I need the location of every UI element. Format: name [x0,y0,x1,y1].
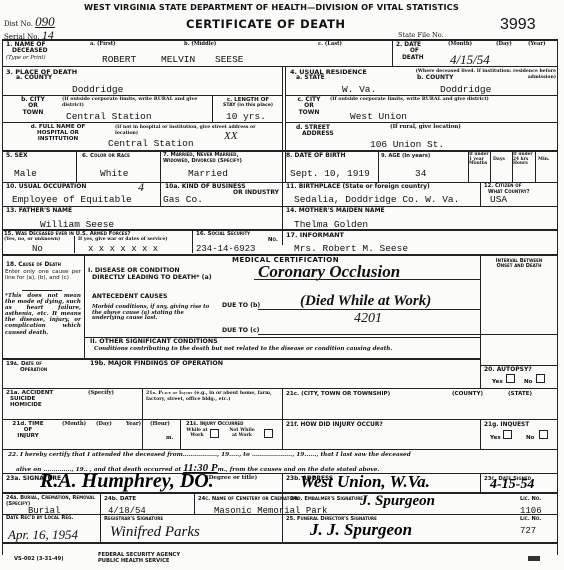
business-value: Gas Co. [163,194,203,205]
autopsy-yes-checkbox[interactable] [506,374,515,383]
f18-instructions: Enter only one cause per line for (a), (… [5,269,81,281]
f4-street-note: (If rural, give location) [390,125,461,131]
f4-street-label: d. STREET ADDRESS [296,125,334,138]
f16-label: 16. Social Security No. [196,232,278,244]
middle-name-value: MELVIN [161,54,195,65]
f1-label: 1. NAME OF DECEASED (Type or Print) [6,42,48,61]
f18-label: 18. Cause of Death [6,262,61,268]
f21g-label: 21g. INQUEST [484,422,529,428]
service-dates-value: x x x x x x x [88,244,158,254]
part1-label-2: DIRECTLY LEADING TO DEATH* (a) [88,275,212,282]
agency: FEDERAL SECURITY AGENCY PUBLIC HEALTH SE… [98,553,180,564]
registrar-date-label: Date Rec'd by Local Reg. [6,516,98,522]
f21d-label-3: INJURY [6,434,50,440]
f4-state-label: a. STATE [296,75,325,81]
injury-m-label: m. [166,436,173,442]
f17-label: 17. INFORMANT [286,232,344,238]
f3-stay-label-2: STAY (in this place) [216,103,280,109]
death-year-label: (Year) [528,42,546,48]
age-min-label: Min. [538,157,550,163]
f3-city-note: (If outside corporate limits, write RURA… [62,97,202,108]
physician-address: West Union, W.Va. [300,472,430,492]
form-number: VS-002 (3-31-49) [14,556,64,562]
f24d-label: 24d. Embalmer's Signature [290,496,363,502]
f21e-label: 21e. Injury Occurred [186,421,243,427]
death-city-value: Central Station [66,111,152,122]
f21a-label: 21a. ACCIDENT SUICIDE HOMICIDE [6,391,53,408]
due-to-b-label: DUE TO (b) [222,303,260,309]
residence-city-value: West Union [350,111,407,122]
f24d-lic-label: Lic. No. [520,496,541,502]
f19b-label: 19b. MAJOR FINDINGS OF OPERATION [90,361,223,367]
f24b-label: 24b. DATE [104,496,136,502]
f1-label-line3: (Type or Print) [6,55,48,61]
f21c-county-label: (COUNTY) [452,391,483,397]
f6-label: 6. Color or Race [82,153,130,159]
ssn-value: 234-14-6923 [196,244,255,254]
f2-label: 2. DATE OF DEATH [396,42,424,61]
f4-city-note: (If outside corporate limits, write RURA… [330,97,489,103]
f18-note: *This does not mean the mode of dying, s… [5,293,81,336]
f9-label: 9. AGE (In years) [381,153,430,159]
date-signed-value: 4-15-54 [490,477,534,493]
f15-sub2: If yes, give war or dates of service) [78,237,168,243]
f2-label-line3: DEATH [396,55,424,61]
occupation-mark: 4 [138,180,144,195]
not-while-at-work-label: Not While at Work [228,429,256,439]
f11-label: 11. BIRTHPLACE (State or foreign country… [286,184,430,190]
f3-stay-label: c. LENGTH OF STAY (in this place) [216,97,280,110]
f21b-label: 21b. Place of Injury (e.g., in or about … [146,391,280,402]
date-of-birth-value: Sept. 10, 1919 [290,168,370,179]
state-file-number: 3993 [500,16,536,34]
funeral-director-license-value: 727 [520,526,536,536]
f10-label: 10. USUAL OCCUPATION [6,184,86,190]
death-day-label: (Day) [496,42,512,48]
antecedent-label: ANTECEDENT CAUSES [92,294,167,300]
registrar-date-value: Apr. 16, 1954 [8,527,78,543]
f4-street-label-2: ADDRESS [296,131,334,137]
embalmer-signature: J. Spurgeon [360,493,435,510]
funeral-director-signature: J. J. Spurgeon [310,520,412,540]
autopsy-no-checkbox[interactable] [536,374,545,383]
certificate-title: CERTIFICATE OF DEATH [186,17,346,31]
residence-street-value: 106 Union St. [370,139,444,150]
occupation-value: Employee of Equitable [12,194,132,205]
f15-sub1: (Yes, no, or unknown) [4,237,60,243]
state-file-label: State File No. [398,31,444,39]
f21b-label-text: 21b. Place of Injury [146,391,192,396]
f21d-label: 21d. TIME OF INJURY [6,422,50,439]
f21c-state-label: (STATE) [508,391,532,397]
age-days-label: Days [493,157,505,163]
f20-label: 20. AUTOPSY? [484,367,532,373]
last-name-value: SEESE [215,54,244,65]
f4-county-label: b. COUNTY [417,75,454,81]
cause-c-value: 4201 [354,311,382,327]
f7-label: 7. Married, Never Married, Widowed, Divo… [163,153,242,164]
age-value: 34 [415,168,426,179]
death-certificate: WEST VIRGINIA STATE DEPARTMENT OF HEALTH… [0,0,564,570]
f13-label: 13. FATHER'S NAME [6,208,72,214]
f19a-label: 19a. Date of Operation [6,361,47,373]
department-heading: WEST VIRGINIA STATE DEPARTMENT OF HEALTH… [84,2,459,12]
f7-label-2: Widowed, Divorced (Specify) [163,159,242,165]
injury-year-label: Year) [126,422,141,428]
f5-label: 5. SEX [6,153,28,159]
f3-county-label: a. COUNTY [16,75,52,81]
inquest-yes-label: Yes [490,435,501,441]
age-hours-label: If under 24 hrs Hours [513,153,535,167]
hospital-value: Central Station [108,138,194,149]
f3-hosp-note: (If not in hospital or institution, give… [115,125,278,136]
registrar-signature: Winifred Parks [110,524,200,541]
f3-hosp-label: d. FULL NAME OF HOSPITAL OR INSTITUTION [16,125,100,142]
last-name-label: c. (Last) [318,42,342,48]
middle-name-label: b. (Middle) [184,42,216,48]
sex-value: Male [14,168,37,179]
f14-label: 14. MOTHER'S MAIDEN NAME [286,208,385,214]
f21c-label: 21c. (CITY, TOWN OR TOWNSHIP) [286,391,390,397]
inquest-no-checkbox[interactable] [539,430,548,439]
f22-line1: 22. I hereby certify that I attended the… [8,452,411,458]
interval-label-2: Onset and Death [483,264,555,269]
first-name-value: ROBERT [102,54,136,65]
f21a-label-3: HOMICIDE [6,403,53,409]
antecedent-note: Morbid conditions, if any, giving rise t… [92,305,212,322]
cause-b-value: (Died While at Work) [300,293,431,310]
marital-status-value: Married [188,168,228,179]
f3-hosp-label-3: INSTITUTION [16,137,100,143]
citizenship-value: USA [490,194,507,205]
f3-city-label-3: TOWN [16,110,50,116]
f21a-specify: (Specify) [88,391,114,397]
part1-label: I. DISEASE OR CONDITION DIRECTLY LEADING… [88,268,212,281]
interval-label: Interval Between Onset and Death [483,259,555,270]
f25-lic-label: Lic. No. [520,516,541,522]
f19a-label-2: Operation [6,367,47,373]
age-months-label: If under 1 year Months [469,153,490,167]
dist-no-label: Dist No. [4,20,33,28]
f3-city-label: b. CITY OR TOWN [16,97,50,116]
injury-month-label: (Month) [62,422,86,428]
autopsy-no-label: No [524,379,533,385]
death-month-label: (Month) [448,42,472,48]
informant-value: Mrs. Robert M. Seese [294,243,408,254]
physician-signature: R.A. Humphrey, DO. [40,470,214,493]
inquest-no-label: No [526,435,535,441]
injury-day-label: (Day) [96,422,112,428]
f21f-label: 21f. HOW DID INJURY OCCUR? [286,422,383,428]
dist-no-value: 090 [35,14,55,29]
first-name-label: a. (First) [90,42,116,48]
part2-label: II. OTHER SIGNIFICANT CONDITIONS [90,339,218,345]
registrar-signature-label: Registrar's Signature [104,516,163,522]
hosp-mark: XX [224,130,237,142]
not-while-at-work-checkbox[interactable] [264,429,273,438]
residence-state-value: W. Va. [342,84,376,95]
injury-hour-label: (Hour) [150,422,170,428]
f16-label-2: No. [196,238,278,244]
armed-forces-value: No [32,244,43,254]
agency-line2: PUBLIC HEALTH SERVICE [98,559,180,565]
race-value: White [100,168,129,179]
while-at-work-label: While at Work [186,429,208,439]
while-at-work-checkbox[interactable] [210,429,219,438]
f24c-label: 24c. Name of Cemetery or Crematory [198,496,299,502]
f4-city-label-3: TOWN [292,110,326,116]
autopsy-yes-label: Yes [492,379,503,385]
f4-city-label: c. CITY OR TOWN [292,97,326,116]
birthplace-value: Sedalia, Doddridge Co. W. Va. [294,194,459,205]
f1-label-line2: DECEASED [6,48,48,54]
due-to-c-label: DUE TO (c) [222,328,260,334]
inquest-yes-checkbox[interactable] [503,430,512,439]
length-of-stay-value: 10 yrs. [226,111,266,122]
residence-county-value: Doddridge [440,84,491,95]
seal-mark-icon [528,556,540,561]
f8-label: 8. DATE OF BIRTH [286,153,346,159]
part2-note: Conditions contributing to the death but… [94,346,478,352]
death-county-value: Doddridge [72,84,123,95]
